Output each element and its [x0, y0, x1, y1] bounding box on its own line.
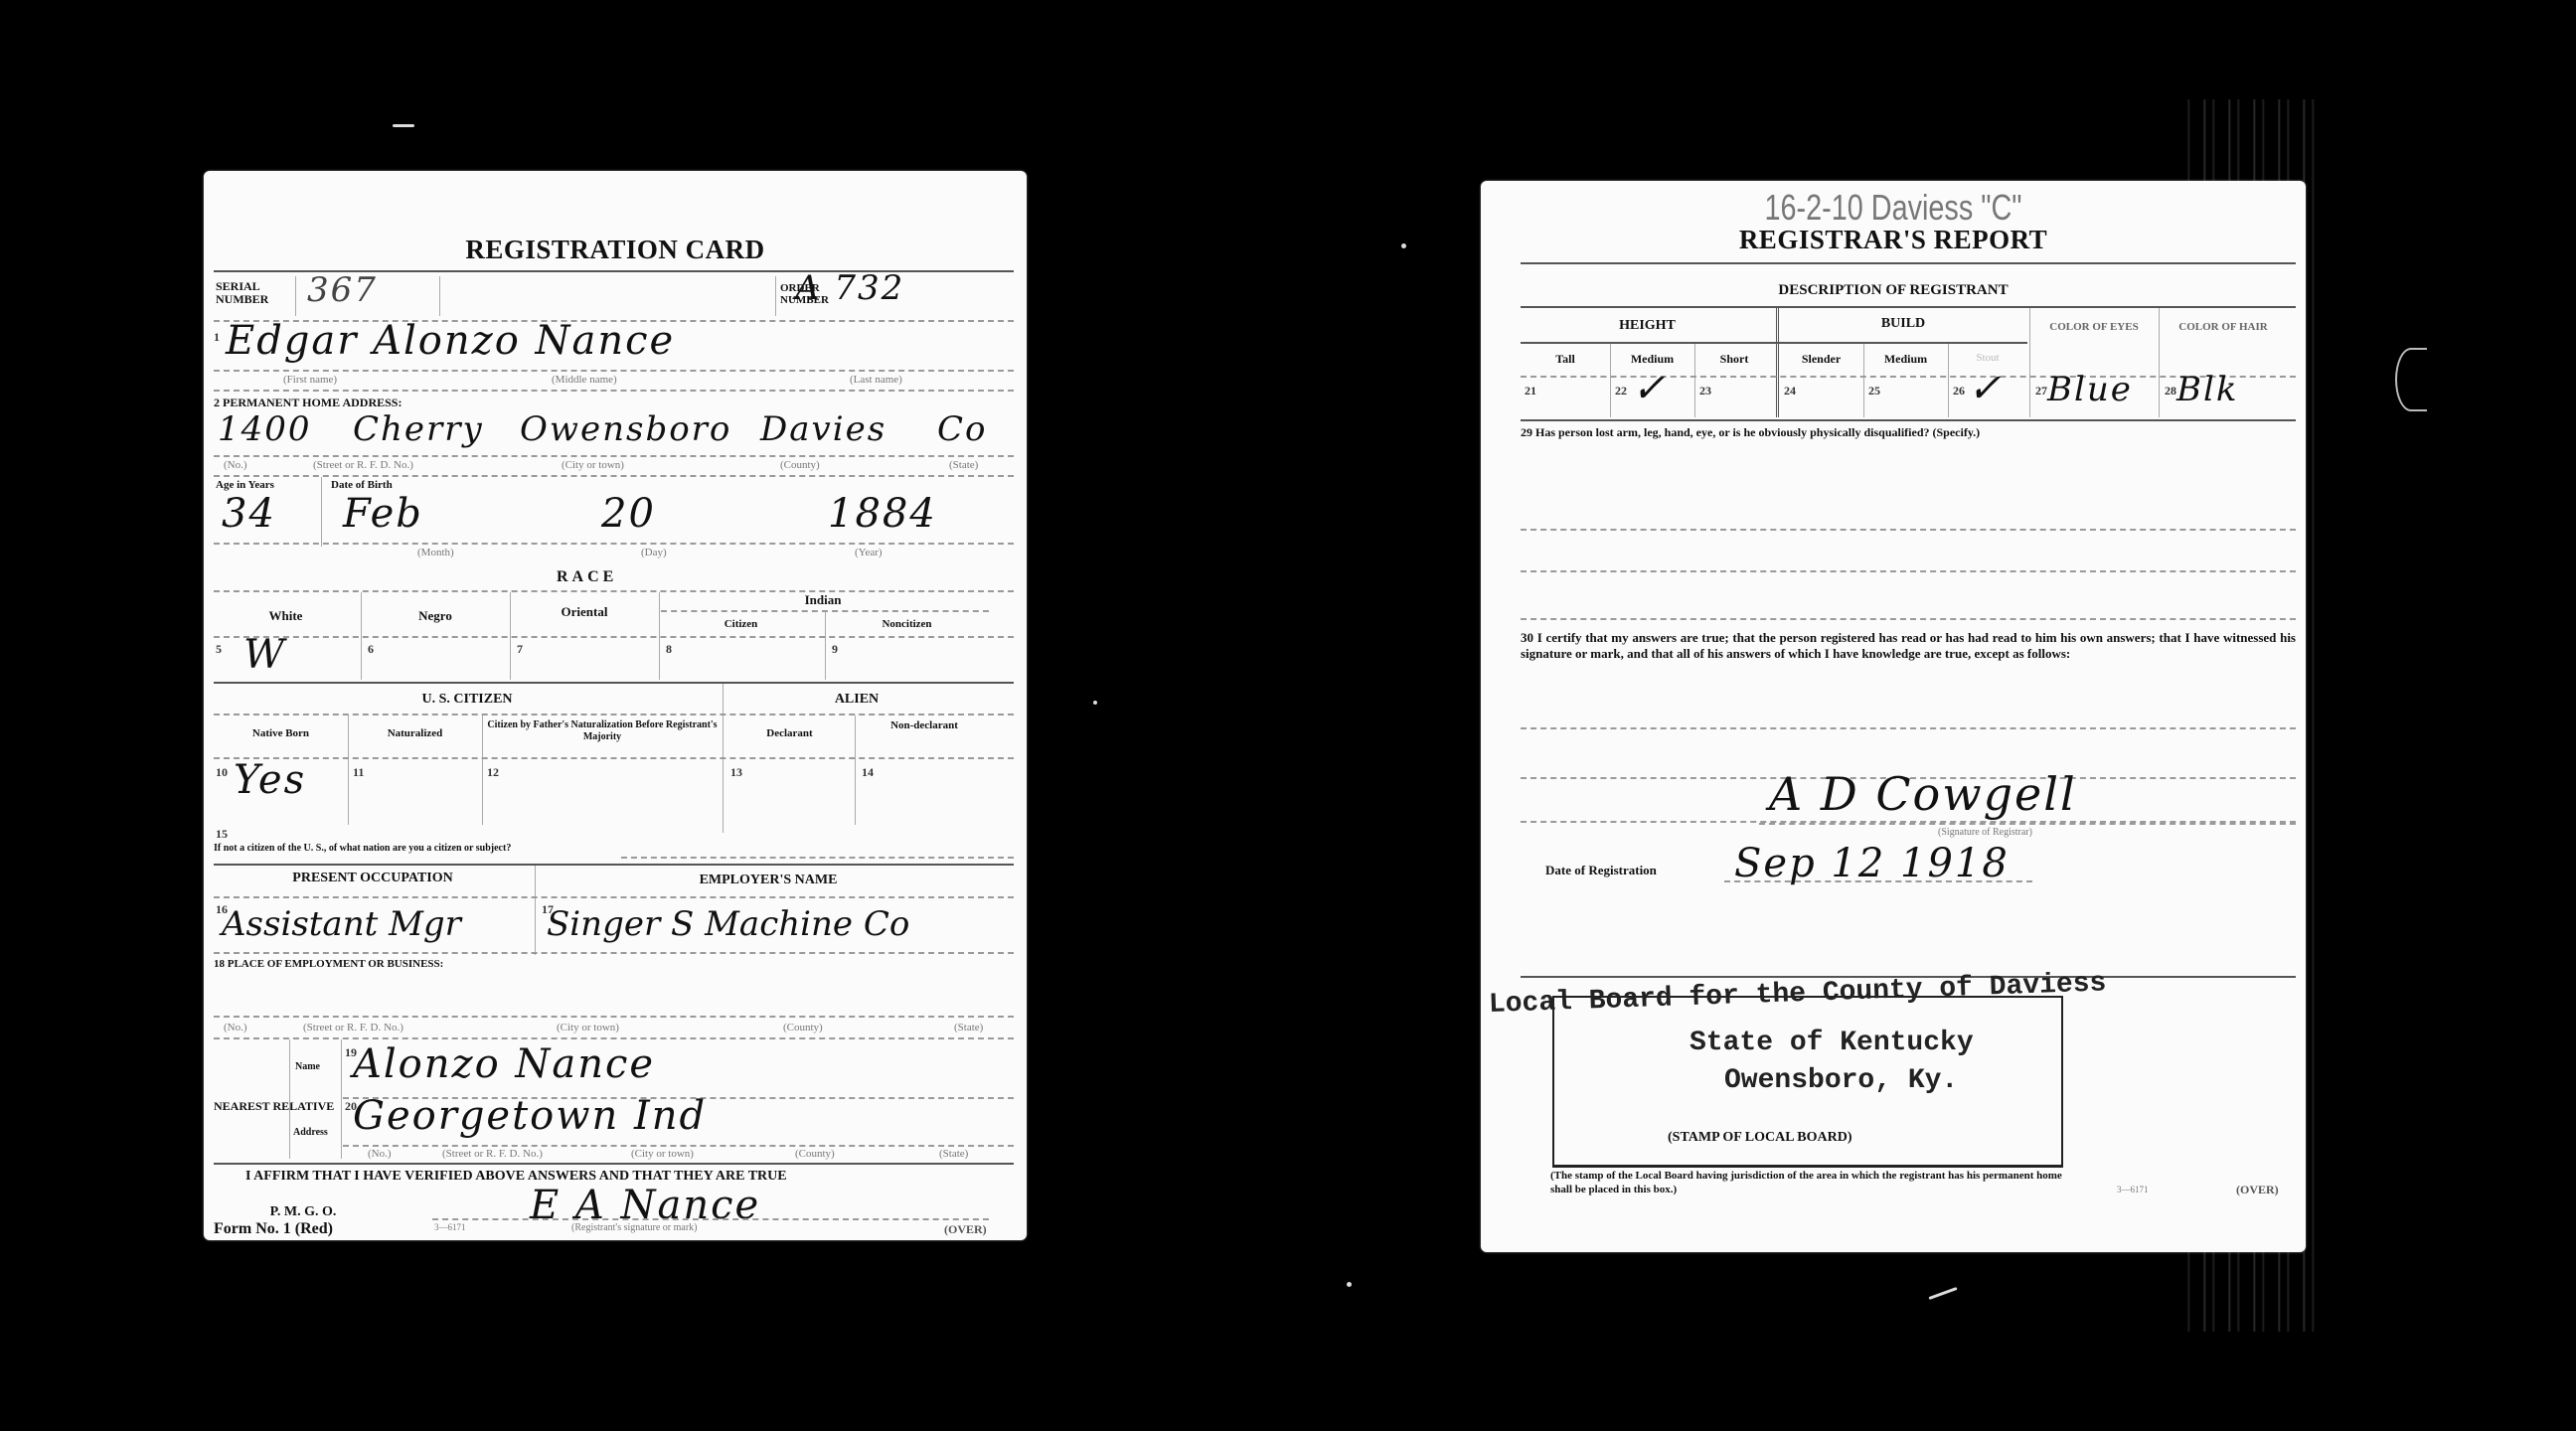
film-speck	[1347, 1282, 1352, 1287]
dob-day: 20	[601, 491, 656, 537]
card-title: REGISTRAR'S REPORT	[1481, 225, 2306, 255]
film-speck	[1401, 243, 1406, 248]
eye-color-value: Blue	[2047, 370, 2133, 409]
age-label: Age in Years	[216, 479, 274, 491]
address-street: Cherry	[353, 409, 484, 449]
serial-number-label: SERIALNUMBER	[216, 280, 268, 306]
employer-value: Singer S Machine Co	[547, 904, 909, 944]
form-agency: P. M. G. O.	[214, 1204, 393, 1220]
serial-number-value: 367	[307, 270, 378, 310]
address-city: Owensboro	[520, 409, 731, 449]
form-number: Form No. 1 (Red)	[214, 1220, 333, 1238]
stamp-note: (The stamp of the Local Board having jur…	[1550, 1169, 2067, 1196]
relative-name-value: Alonzo Nance	[353, 1041, 655, 1087]
film-scratch	[393, 124, 414, 127]
address-number: 1400	[218, 409, 312, 449]
race-white-value: W	[243, 632, 286, 678]
card-title: REGISTRATION CARD	[204, 235, 1027, 265]
stamped-header: 16-2-10 Daviess "C"	[1563, 187, 2223, 229]
alien-heading: ALIEN	[723, 692, 991, 708]
dob-year: 1884	[828, 491, 937, 537]
film-scratch	[2395, 348, 2427, 411]
occupation-value: Assistant Mgr	[222, 904, 461, 944]
build-stout-check: ✓	[1968, 366, 2004, 411]
question-30: 30 I certify that my answers are true; t…	[1521, 630, 2296, 662]
registrant-name: Edgar Alonzo Nance	[226, 318, 675, 364]
address-county: Davies	[760, 409, 886, 449]
film-scratch	[1928, 1287, 1957, 1300]
registrars-report-card: 16-2-10 Daviess "C" REGISTRAR'S REPORT D…	[1481, 181, 2306, 1252]
description-heading: DESCRIPTION OF REGISTRANT	[1481, 282, 2306, 299]
relative-address-value: Georgetown Ind	[353, 1093, 707, 1139]
native-born-value: Yes	[234, 757, 306, 803]
registration-card: REGISTRATION CARD SERIALNUMBER 367 ORDER…	[204, 171, 1027, 1240]
stamp-caption: (STAMP OF LOCAL BOARD)	[1668, 1130, 1852, 1146]
registration-date-label: Date of Registration	[1545, 863, 1657, 878]
home-address-label: 2 PERMANENT HOME ADDRESS:	[214, 396, 402, 410]
employer-heading: EMPLOYER'S NAME	[535, 873, 1002, 888]
dob-month: Feb	[343, 491, 423, 537]
nationality-question: If not a citizen of the U. S., of what n…	[214, 843, 511, 854]
stamp-line-2: State of Kentucky	[1690, 1028, 1974, 1058]
occupation-heading: PRESENT OCCUPATION	[214, 871, 532, 886]
age-value: 34	[222, 491, 276, 537]
nearest-relative-label: NEAREST RELATIVE	[214, 1099, 283, 1113]
height-medium-check: ✓	[1632, 366, 1668, 411]
hair-color-value: Blk	[2176, 370, 2238, 409]
film-speck	[1093, 701, 1097, 705]
stamp-line-3: Owensboro, Ky.	[1724, 1065, 1958, 1096]
dob-label: Date of Birth	[331, 479, 393, 491]
registrar-signature: A D Cowgell	[1769, 767, 2077, 821]
employment-place-label: 18 PLACE OF EMPLOYMENT OR BUSINESS:	[214, 958, 443, 970]
address-state: Co	[937, 409, 987, 449]
question-29: 29 Has person lost arm, leg, hand, eye, …	[1521, 425, 2296, 440]
race-heading: RACE	[557, 568, 617, 586]
order-number-value: A 732	[795, 268, 904, 308]
us-citizen-heading: U. S. CITIZEN	[214, 692, 721, 708]
